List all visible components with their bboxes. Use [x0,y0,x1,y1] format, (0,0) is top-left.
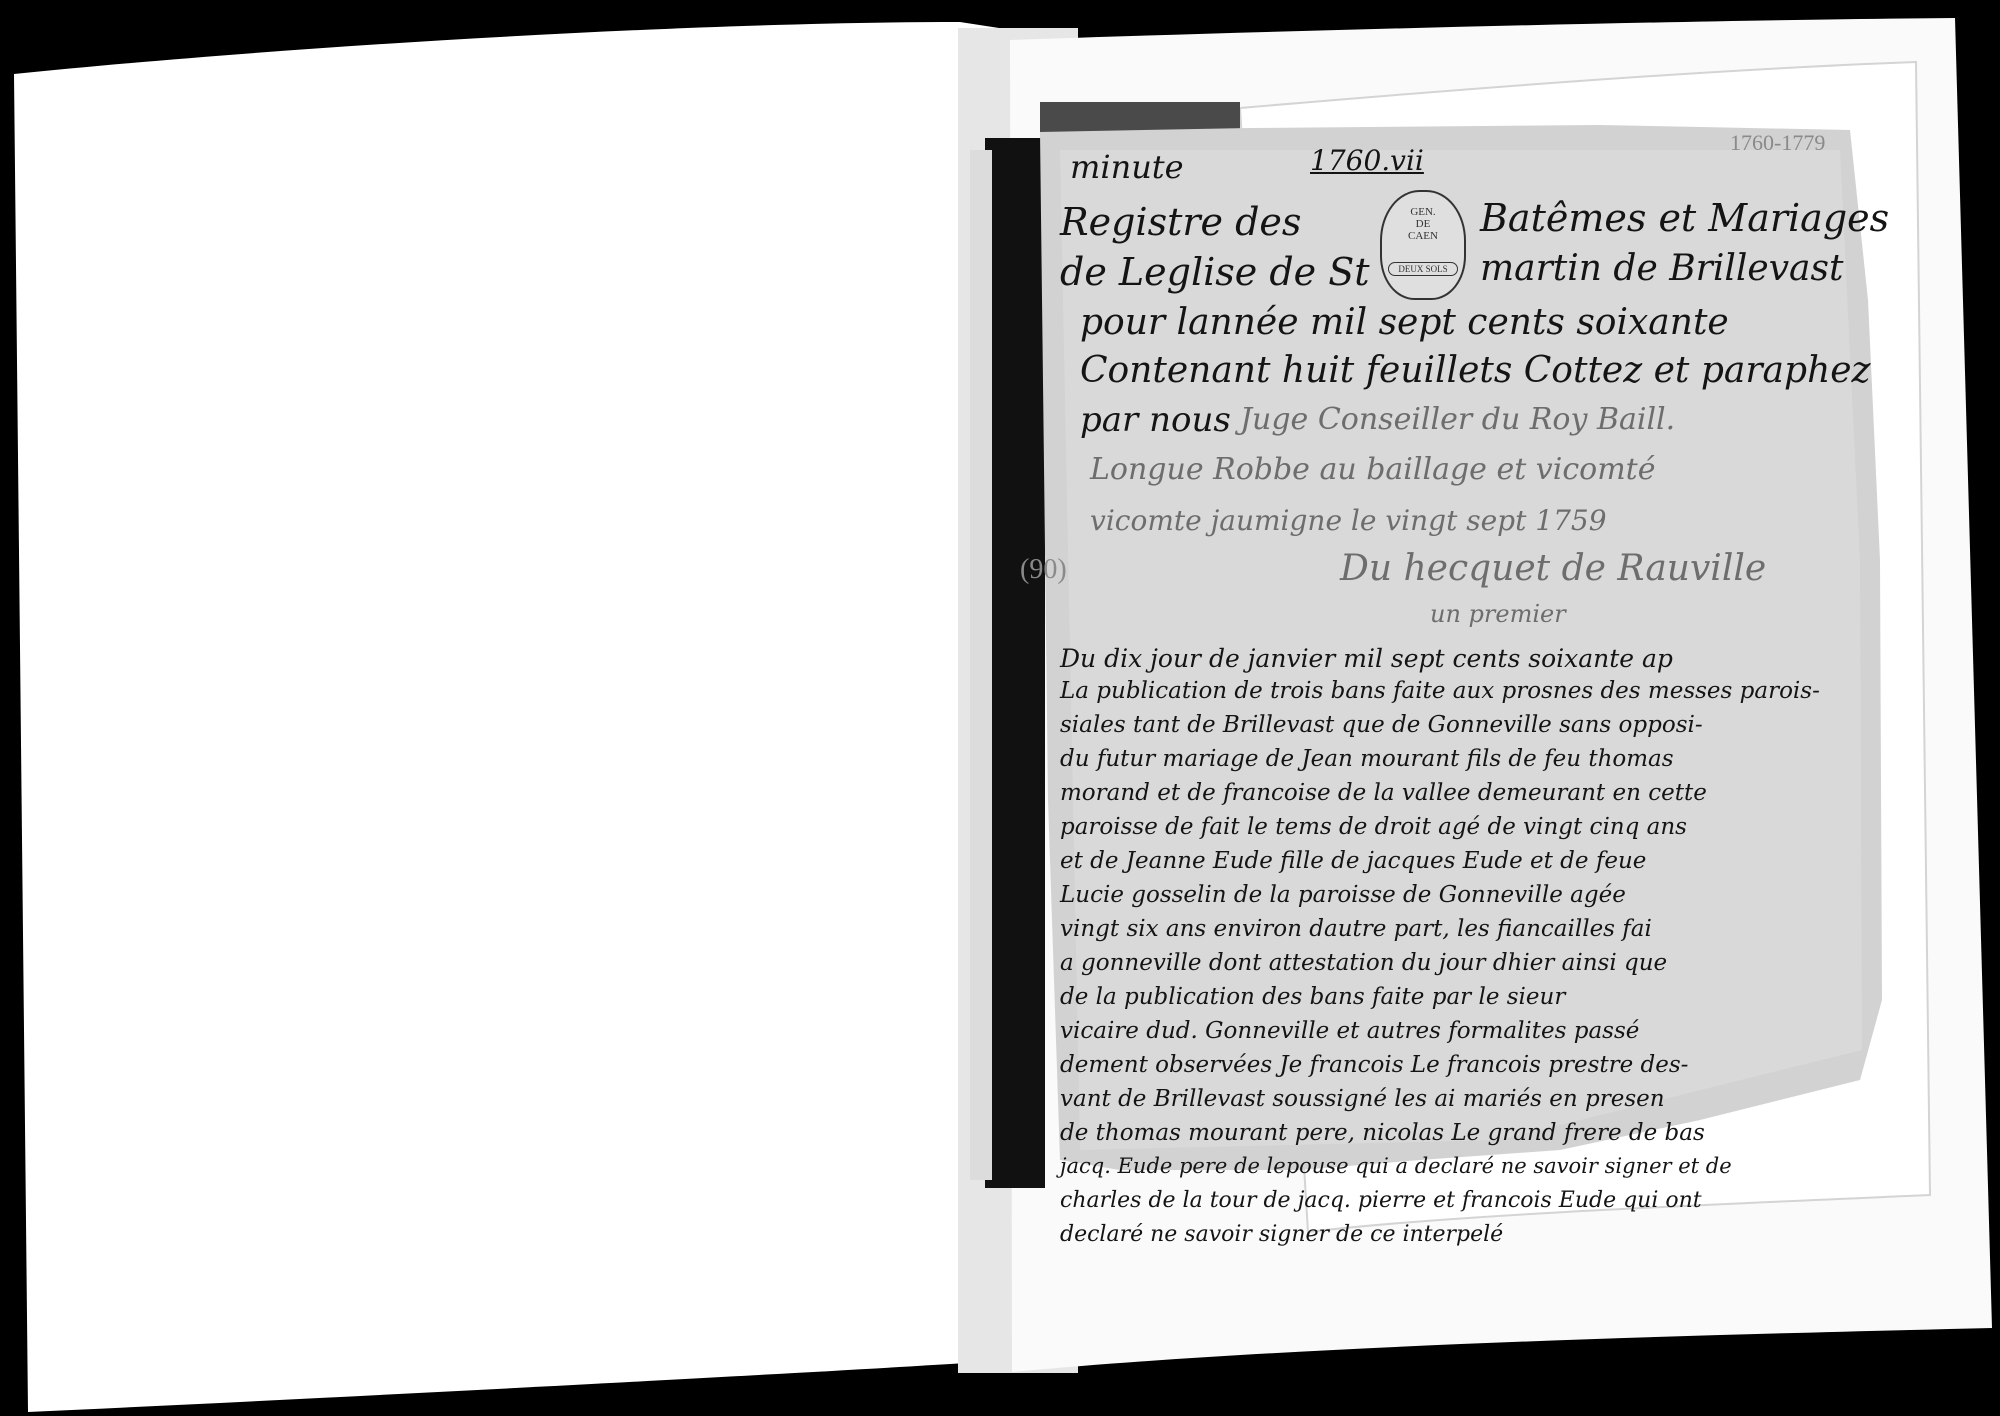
manuscript-page: minute 1760.vii 1760-1779 GEN. DE CAEN D… [1040,132,1890,1162]
certification-line: Longue Robbe au baillage et vicomté [1090,452,1655,487]
entry-line: charles de la tour de jacq. pierre et fr… [1060,1188,1702,1213]
entry-line: morand et de francoise de la vallee deme… [1060,780,1707,806]
year-note: 1760.vii [1310,144,1424,177]
signature-judge: Du hecquet de Rauville [1340,548,1766,589]
certification-line: vicomte jaumigne le vingt sept 1759 [1090,504,1607,537]
entry-line: La publication de trois bans faite aux p… [1060,678,1820,704]
entry-line: siales tant de Brillevast que de Gonnevi… [1060,712,1703,738]
tax-stamp-icon: GEN. DE CAEN DEUX SOLS [1380,190,1466,300]
title-line: par nous [1080,400,1231,440]
title-line: Registre des [1060,200,1301,244]
entry-line: Du dix jour de janvier mil sept cents so… [1060,644,1673,673]
title-line: martin de Brillevast [1480,248,1843,289]
page-fragments [970,150,992,1180]
title-line: Batêmes et Mariages [1480,196,1889,240]
title-line: Contenant huit feuillets Cottez et parap… [1080,350,1871,391]
minute-label: minute [1070,148,1184,186]
entry-line: paroisse de fait le tems de droit agé de… [1060,814,1687,840]
certification-line: un premier [1430,600,1566,628]
margin-folio-note: (90) [1020,554,1067,586]
range-note: 1760-1779 [1730,130,1825,156]
entry-line: declaré ne savoir signer de ce interpelé [1060,1222,1503,1247]
entry-line: Lucie gosselin de la paroisse de Gonnevi… [1060,882,1626,908]
entry-line: vicaire dud. Gonneville et autres formal… [1060,1018,1639,1044]
entry-line: de la publication des bans faite par le … [1060,984,1565,1010]
entry-line: a gonneville dont attestation du jour dh… [1060,950,1667,976]
title-line: pour lannée mil sept cents soixante [1080,302,1729,343]
certification-line: Juge Conseiller du Roy Baill. [1240,402,1675,437]
entry-line: du futur mariage de Jean mourant fils de… [1060,746,1674,772]
page-block-edge [985,138,1045,1188]
left-blank-page [14,22,1012,1412]
signature-block [1060,1050,1880,1160]
entry-line: et de Jeanne Eude fille de jacques Eude … [1060,848,1646,874]
entry-line: vingt six ans environ dautre part, les f… [1060,916,1652,942]
top-binding [1040,102,1240,132]
title-line: de Leglise de St [1060,250,1370,294]
